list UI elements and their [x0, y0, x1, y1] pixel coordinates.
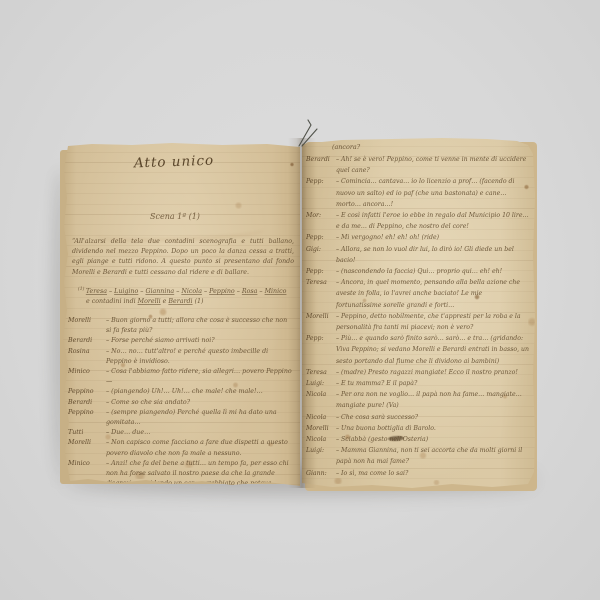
cast-list: (1) Teresa – Luigino – Giannina – Nicola… [78, 285, 290, 308]
cast-name: (1) [193, 298, 204, 305]
dialogue-line: Gigi: – Allora, se non lo vuol dir lui, … [306, 244, 529, 266]
speech-text: – Ancora, in quel momento, pensando alla… [336, 277, 529, 311]
dialogue-line: Morelli – Buon giorno a tutti; allora ch… [68, 316, 292, 336]
dialogue-line: Peppino – (piangendo) Uh!… Uh!… che male… [68, 387, 292, 397]
cast-name: Luigino [114, 288, 138, 295]
dialogue-left: Morelli – Buon giorno a tutti; allora ch… [68, 316, 292, 500]
speech-text: – Come so che sia andato? [106, 398, 292, 408]
dialogue-line: Morelli – Non capisco come facciano a fa… [68, 438, 292, 458]
photo-backdrop: Atto unico Scena 1ª (1) “All'alzarsi del… [0, 0, 600, 600]
speaker-name: Morelli [306, 311, 336, 333]
speech-text: – (madre) Presto ragazzi mangiate! Ecco … [336, 367, 529, 378]
dialogue-line: Pepp: – Comincia… cantava… io lo licenzi… [306, 176, 529, 210]
speaker-name: Berardi [68, 336, 106, 346]
speaker-name: Peppino [68, 387, 106, 397]
speaker-name: Teresa [306, 367, 336, 378]
speech-text: – Mamma Giannina, non ti sei accorta che… [336, 445, 529, 467]
speaker-name: Teresa [306, 277, 336, 311]
speech-text: – Sciabbà (gesto nell'Osteria) [336, 434, 529, 445]
dialogue-line: Peppino – (sempre piangendo) Perché quel… [68, 408, 292, 428]
stage-direction: “All'alzarsi della tela due contadini sc… [72, 237, 294, 278]
cast-line: (1) Teresa – Luigino – Giannina – Nicola… [78, 285, 290, 297]
cast-name: Peppino [209, 288, 235, 295]
cast-name: Giannina [145, 288, 174, 295]
cast-name: Berardi [168, 298, 192, 305]
speaker-name: Morelli [68, 316, 106, 336]
dialogue-line: Rosina – No… no… tutt'altro! e perché qu… [68, 347, 292, 367]
speaker-name: Luigi: [306, 445, 336, 467]
dialogue-line: Giann: – Io sì, ma come lo sai? [306, 468, 529, 479]
dialogue-line: Luigi: – E tu mamma? E il papà? [306, 378, 529, 389]
cast-name: Nicola [181, 288, 202, 295]
speech-text: – Io sì, ma come lo sai? [336, 468, 529, 479]
speaker-name: Giann: [306, 468, 336, 479]
speech-text: – Più… e quando sarò finito sarò… sarò… … [336, 333, 529, 367]
dialogue-line: Teresa – (madre) Presto ragazzi mangiate… [306, 367, 529, 378]
speech-text: – E tu mamma? E il papà? [336, 378, 529, 389]
page-title: Atto unico [134, 153, 215, 172]
cast-name: (1) [78, 287, 86, 292]
right-page: (ancora? Berardi – Ah! se è vero! Peppin… [302, 136, 535, 489]
cast-name: Minico [265, 288, 287, 295]
speech-text: – (sempre piangendo) Perché quella lì mi… [106, 408, 292, 428]
dialogue-line: Berardi – Ah! se è vero! Peppino, come t… [306, 154, 529, 176]
speaker-name: Rosina [68, 347, 106, 367]
speaker-name: Minico [68, 367, 106, 387]
speech-text: – Buon giorno a tutti; allora che cosa è… [106, 316, 292, 336]
scene-heading: Scena 1ª (1) [150, 212, 200, 221]
dialogue-line: Nicola – Che cosa sarà successo? [306, 412, 529, 423]
dialogue-line: Nicola – Sciabbà (gesto nell'Osteria) [306, 434, 529, 445]
speech-text: – (piangendo) Uh!… Uh!… che male! che ma… [106, 387, 292, 397]
dialogue-line: Tutti – Due… due… [68, 428, 292, 438]
speech-text: – Forse perché siamo arrivati noi? [106, 336, 292, 346]
dialogue-line: Pepp: – Più… e quando sarò finito sarò… … [306, 333, 529, 367]
speech-text: – (nascondendo la faccia) Qui… proprio q… [336, 266, 529, 277]
speaker-name: Nicola [306, 389, 336, 411]
speaker-name: Morelli [306, 423, 336, 434]
dialogue-line: Berardi – Forse perché siamo arrivati no… [68, 336, 292, 346]
speech-text: – Una buona bottiglia di Barolo. [336, 423, 529, 434]
dialogue-line: Mor: – E così infatti l'eroe io ebbe in … [306, 210, 529, 232]
binding-thread [295, 116, 321, 148]
cast-name: – [257, 288, 264, 295]
cast-name: Rosa [242, 288, 258, 295]
speech-text: – Allora, se non lo vuol dir lui, lo dir… [336, 244, 529, 266]
speaker-name: Pepp: [306, 232, 336, 243]
speaker-name: Gigi: [306, 244, 336, 266]
speech-text: – Non capisco come facciano a fare due d… [106, 438, 292, 458]
speech-text: – Per ora non ne voglio… il papà non ha … [336, 389, 529, 411]
speaker-name: Pepp: [306, 176, 336, 210]
speaker-name: Nicola [306, 434, 336, 445]
speaker-name: Pepp: [306, 266, 336, 277]
dialogue-line: Teresa – Ancora, in quel momento, pensan… [306, 277, 529, 311]
cast-name: Morelli [138, 298, 161, 305]
speaker-name: Berardi [68, 398, 106, 408]
speaker-name: Luigi: [306, 378, 336, 389]
dialogue-line: Pepp: – (nascondendo la faccia) Qui… pro… [306, 266, 529, 277]
speech-text: – No… no… tutt'altro! e perché questo im… [106, 347, 292, 367]
continuation-line: (ancora? [332, 143, 360, 151]
dialogue-line: Berardi – Come so che sia andato? [68, 398, 292, 408]
speech-text: – Comincia… cantava… io lo licenzio a pr… [336, 176, 529, 210]
left-page: Atto unico Scena 1ª (1) “All'alzarsi del… [62, 142, 300, 486]
speech-text: – E così infatti l'eroe io ebbe in regal… [336, 210, 529, 232]
speech-text: – Peppino, detto nobilmente, che t'appre… [336, 311, 529, 333]
speaker-name: Berardi [306, 154, 336, 176]
cast-name: e contadini indi [86, 298, 138, 305]
speaker-name: Pepp: [306, 333, 336, 367]
dialogue-line: Luigi: – Mamma Giannina, non ti sei acco… [306, 445, 529, 467]
speaker-name: Mor: [306, 210, 336, 232]
speaker-name: Tutti [68, 428, 106, 438]
dialogue-line: Nicola – Per ora non ne voglio… il papà … [306, 389, 529, 411]
speaker-name: Peppino [68, 408, 106, 428]
dialogue-right: Berardi – Ah! se è vero! Peppino, come t… [306, 154, 529, 479]
dialogue-line: Morelli – Peppino, detto nobilmente, che… [306, 311, 529, 333]
speech-text: – Due… due… [106, 428, 292, 438]
speech-text: – Cosa l'abbiamo fatto ridere, sia alleg… [106, 367, 292, 387]
speech-text: – Che cosa sarà successo? [336, 412, 529, 423]
dialogue-line: Morelli – Una buona bottiglia di Barolo. [306, 423, 529, 434]
cast-name: – [235, 288, 242, 295]
speaker-name: Nicola [306, 412, 336, 423]
cast-line: e contadini indi Morelli e Berardi (1) [86, 297, 290, 307]
speech-text: – Ah! se è vero! Peppino, come ti venne … [336, 154, 529, 176]
speaker-name: Morelli [68, 438, 106, 458]
dialogue-line: Pepp: – Mi vergogno! eh! eh! oh! (ride) [306, 232, 529, 243]
dialogue-line: Minico – Cosa l'abbiamo fatto ridere, si… [68, 367, 292, 387]
cast-name: Teresa [86, 288, 107, 295]
speech-text: – Mi vergogno! eh! eh! oh! (ride) [336, 232, 529, 243]
